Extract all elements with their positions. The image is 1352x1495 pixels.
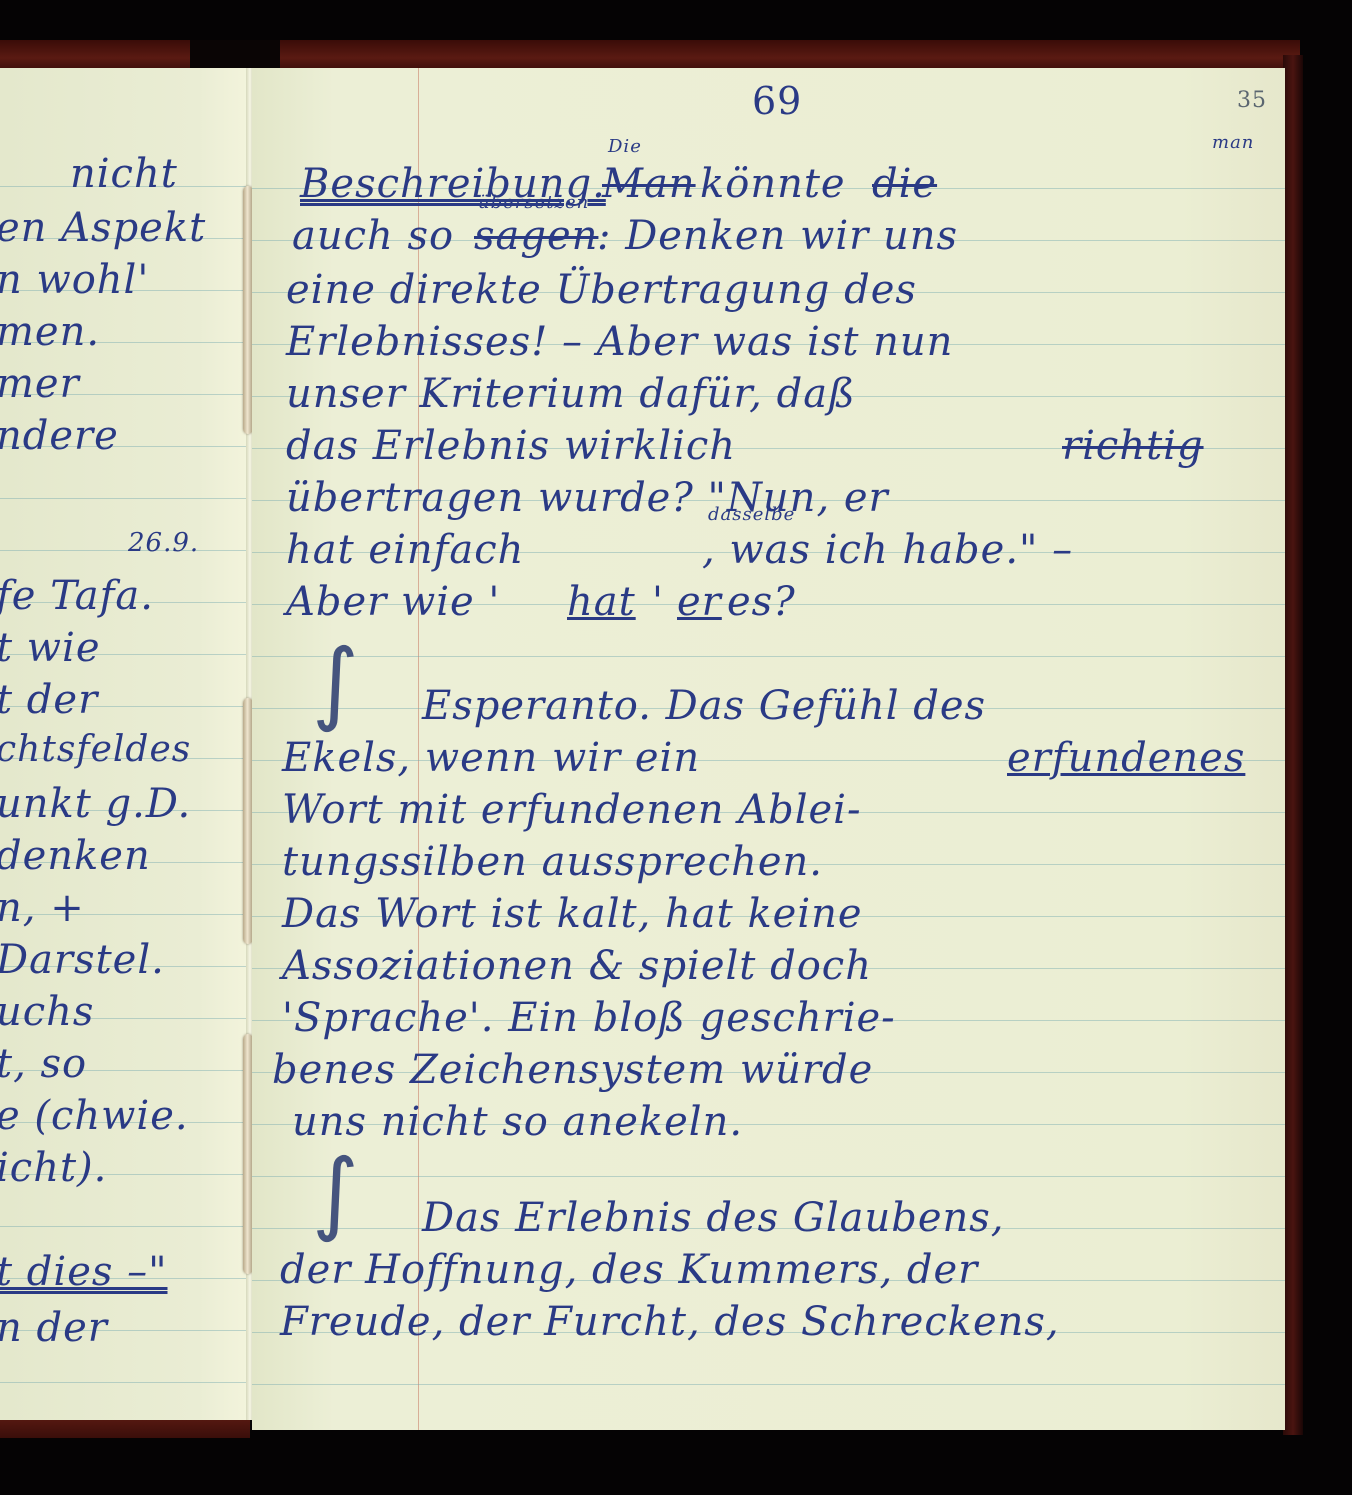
- left-line-20: n der: [0, 1308, 108, 1348]
- left-line-19: t dies –": [0, 1252, 168, 1292]
- underlined-word: er: [677, 582, 722, 622]
- struck-word: die: [872, 164, 937, 204]
- text-line: das Erlebnis wirklich: [286, 426, 736, 466]
- left-line-15: uchs: [0, 992, 94, 1032]
- underlined-word: erfundenes: [1007, 738, 1245, 778]
- insertion: übersetzen: [478, 194, 589, 212]
- insertion: man: [1212, 134, 1254, 152]
- text-line: benes Zeichensystem würde: [272, 1050, 873, 1090]
- left-line-10: chtsfeldes: [0, 732, 191, 768]
- left-line-16: t, so: [0, 1044, 87, 1084]
- text-line: Wort mit erfundenen Ablei-: [282, 790, 861, 830]
- left-line-1: nicht: [70, 154, 178, 194]
- left-line-9: t der: [0, 680, 98, 720]
- text-word: könnte: [700, 164, 846, 204]
- struck-word: sagen: [474, 216, 598, 256]
- notebook-cover-right-edge: [1283, 55, 1303, 1435]
- text-line: übertragen wurde? "Nun, er: [286, 478, 889, 518]
- text-line: auch so: [292, 216, 454, 256]
- text-line: 'Sprache'. Ein bloß geschrie-: [282, 998, 896, 1038]
- text-line: Aber wie ': [286, 582, 500, 622]
- notebook-cover-top-edge: [0, 40, 1300, 70]
- folio-number: 35: [1237, 90, 1267, 112]
- left-line-14: Darstel.: [0, 940, 165, 980]
- text-line: Das Erlebnis des Glaubens,: [422, 1198, 1005, 1238]
- text-line: , was ich habe." –: [702, 530, 1073, 570]
- left-page: nicht en Aspekt n wohl' men. mer ndere 2…: [0, 68, 248, 1420]
- insertion: Die: [608, 138, 642, 156]
- text-line: es?: [727, 582, 796, 622]
- underlined-word: hat: [567, 582, 636, 622]
- struck-word: Man: [602, 164, 696, 204]
- left-line-13: n, +: [0, 888, 85, 928]
- text-line: uns nicht so anekeln.: [292, 1102, 743, 1142]
- text-line: Assoziationen & spielt doch: [282, 946, 872, 986]
- left-line-6: ndere: [0, 416, 119, 456]
- text-line: ': [652, 582, 664, 622]
- text-line: Ekels, wenn wir ein: [282, 738, 700, 778]
- left-line-11: unkt g.D.: [0, 784, 191, 824]
- text-line: Erlebnisses! – Aber was ist nun: [286, 322, 953, 362]
- text-line: Esperanto. Das Gefühl des: [422, 686, 986, 726]
- left-line-7: fe Tafa.: [0, 576, 154, 616]
- section-mark: ∫: [312, 638, 359, 728]
- text-line: Das Wort ist kalt, hat keine: [282, 894, 863, 934]
- left-line-4: men.: [0, 312, 100, 352]
- text-line: : Denken wir uns: [597, 216, 958, 256]
- left-line-3: n wohl': [0, 260, 149, 300]
- text-line: eine direkte Übertragung des: [286, 270, 917, 310]
- text-line: unser Kriterium dafür, daß: [286, 374, 856, 414]
- left-line-12: denken: [0, 836, 151, 876]
- left-line-5: mer: [0, 364, 80, 404]
- left-line-17: e (chwie.: [0, 1096, 189, 1136]
- struck-word: richtig: [1062, 426, 1204, 466]
- text-line: der Hoffnung, des Kummers, der: [280, 1250, 978, 1290]
- section-mark: ∫: [312, 1148, 359, 1238]
- left-line-8: t wie: [0, 628, 101, 668]
- right-page: 69 35 Beschreibung. Man Die könnte die m…: [252, 68, 1285, 1430]
- text-line: Freude, der Furcht, des Schreckens,: [280, 1302, 1060, 1342]
- insertion: dasselbe: [708, 506, 795, 524]
- left-date: 26.9.: [128, 530, 199, 556]
- text-line: tungssilben aussprechen.: [282, 842, 823, 882]
- left-line-2: en Aspekt: [0, 208, 206, 248]
- page-number: 69: [752, 82, 802, 120]
- text-line: hat einfach: [286, 530, 524, 570]
- left-line-18: icht).: [0, 1148, 107, 1188]
